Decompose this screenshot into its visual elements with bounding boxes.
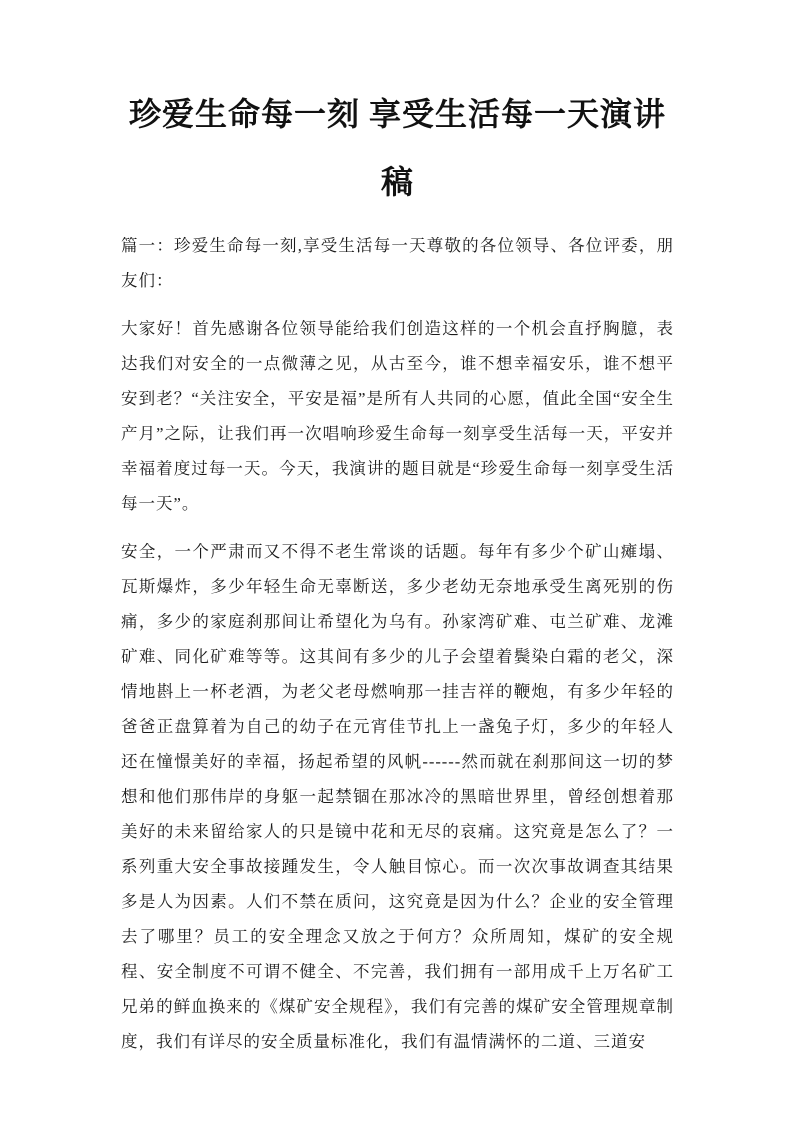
page-content: 珍爱生命每一刻 享受生活每一天演讲稿 篇一：珍爱生命每一刻,享受生活每一天尊敬的…: [0, 0, 793, 1059]
paragraph-greeting: 大家好！首先感谢各位领导能给我们创造这样的一个机会直抒胸臆，表达我们对安全的一点…: [121, 311, 674, 521]
paragraph-body: 安全，一个严肃而又不得不老生常谈的话题。每年有多少个矿山瘫塌、瓦斯爆炸，多少年轻…: [121, 534, 674, 1059]
document-title: 珍爱生命每一刻 享受生活每一天演讲稿: [121, 80, 674, 216]
paragraph-intro: 篇一：珍爱生命每一刻,享受生活每一天尊敬的各位领导、各位评委，朋友们：: [121, 228, 674, 298]
document-page: 珍爱生命每一刻 享受生活每一天演讲稿 篇一：珍爱生命每一刻,享受生活每一天尊敬的…: [0, 0, 793, 1122]
